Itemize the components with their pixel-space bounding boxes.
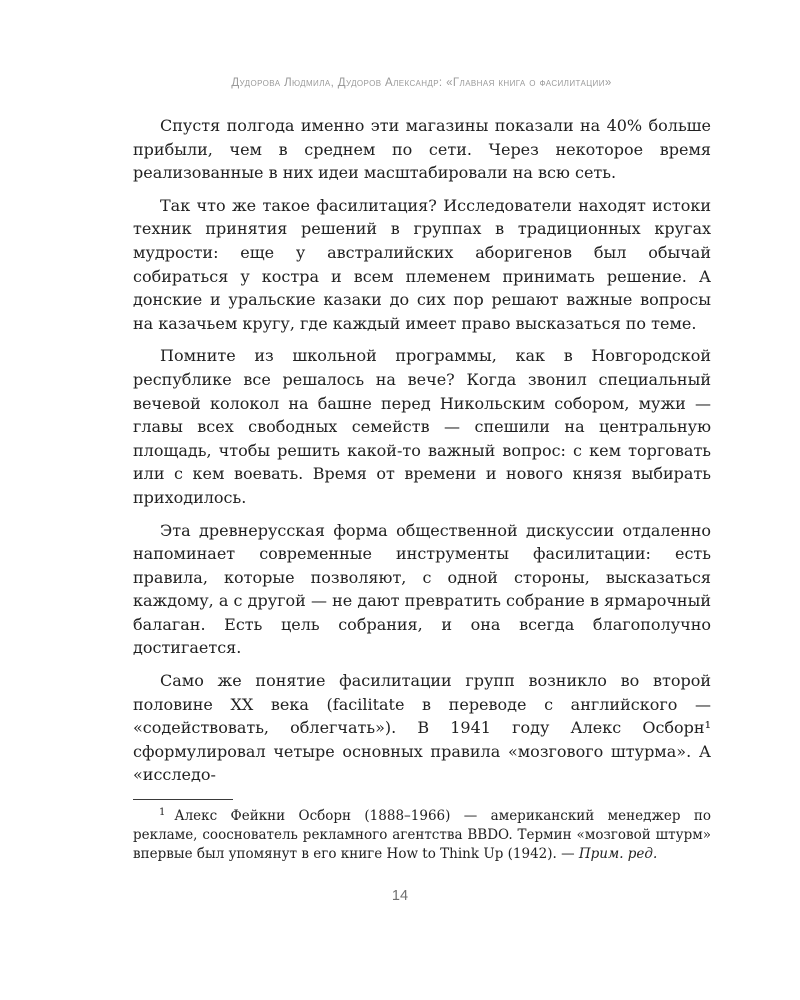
footnote-marker: 1 xyxy=(159,807,165,818)
footnote-block: 1Алекс Фейкни Осборн (1888–1966) — амери… xyxy=(133,799,711,864)
text-column: Спустя полгода именно эти магазины показ… xyxy=(133,114,711,864)
paragraph: Эта древнерусская форма общественной дис… xyxy=(133,519,711,661)
footnote-separator xyxy=(133,799,233,800)
paragraph: Спустя полгода именно эти магазины показ… xyxy=(133,114,711,185)
book-page: Дудорова Людмила, Дудоров Александр: «Гл… xyxy=(0,0,800,1000)
paragraph: Само же понятие фасилитации групп возник… xyxy=(133,669,711,787)
paragraph: Так что же такое фасилитация? Исследоват… xyxy=(133,194,711,336)
running-header: Дудорова Людмила, Дудоров Александр: «Гл… xyxy=(123,77,720,89)
footnote-attribution: Прим. ред. xyxy=(579,846,657,862)
page-number: 14 xyxy=(0,888,800,904)
footnote: 1Алекс Фейкни Осборн (1888–1966) — амери… xyxy=(133,807,711,864)
paragraph: Помните из школьной программы, как в Нов… xyxy=(133,344,711,509)
